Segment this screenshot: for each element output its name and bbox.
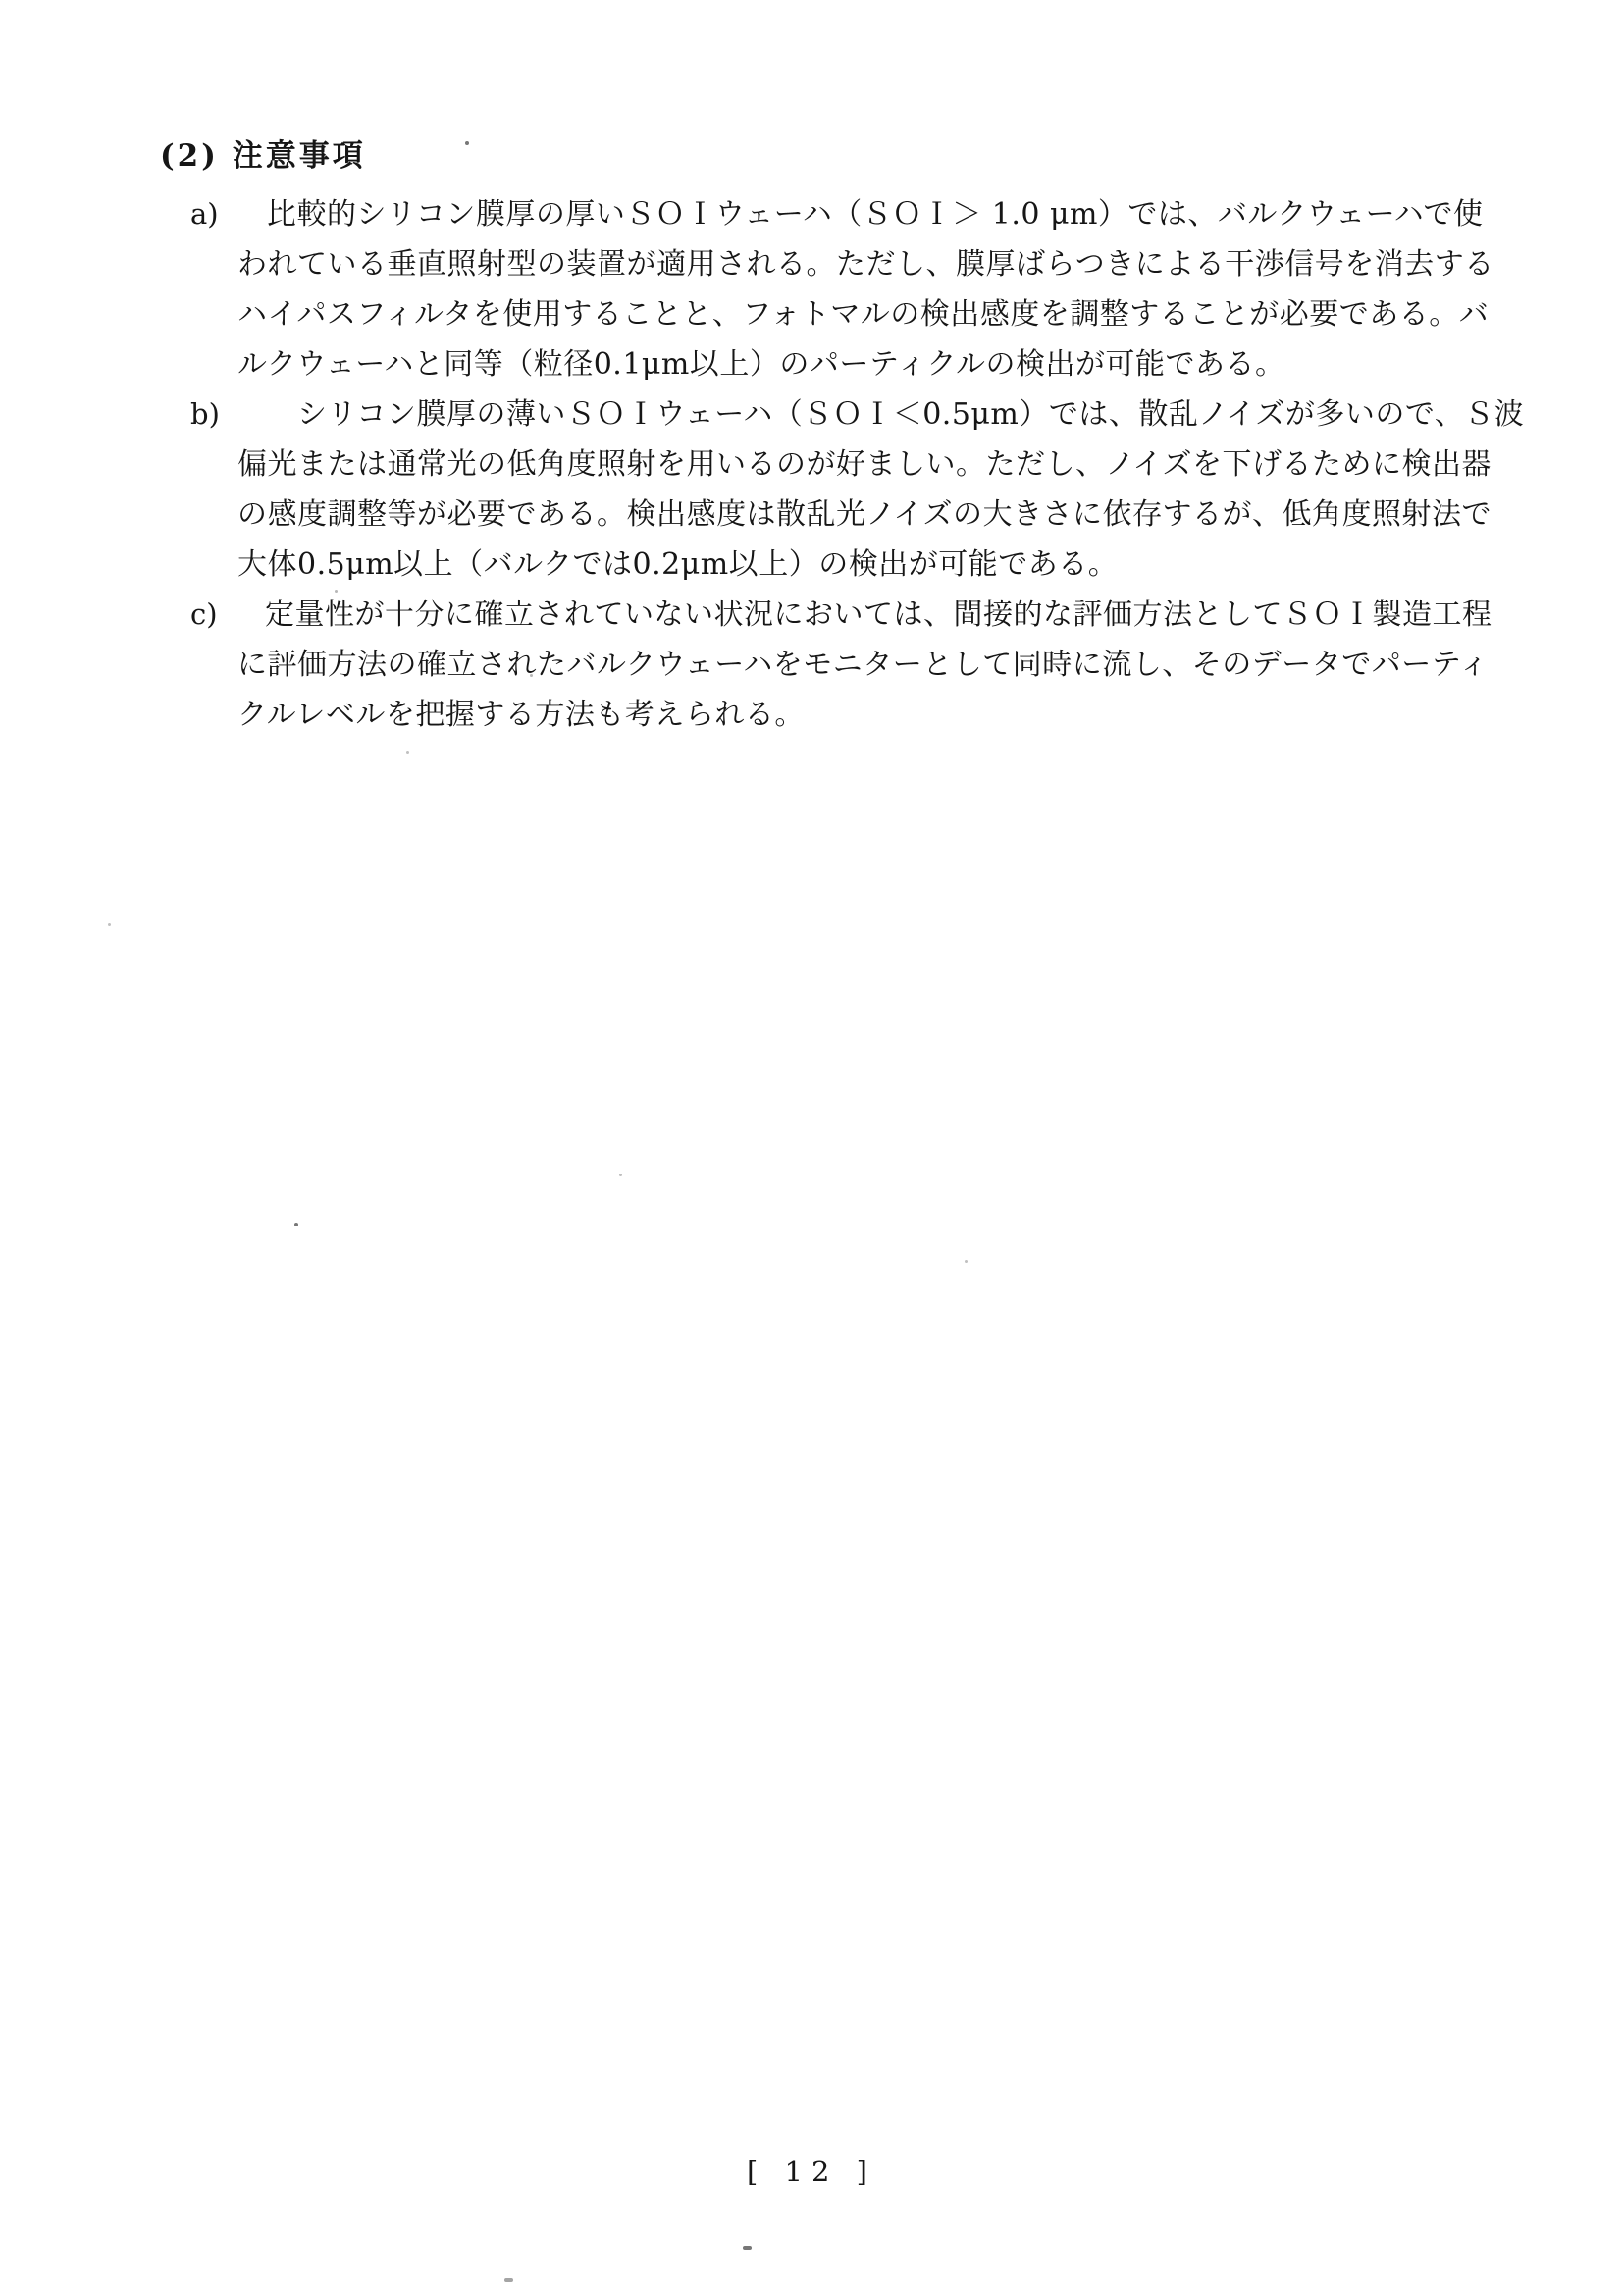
text-line: 定量性が十分に確立されていない状況においては、間接的な評価方法としてＳＯＩ製造工…	[237, 590, 1493, 640]
scan-speck	[294, 1223, 298, 1226]
text-line: に評価方法の確立されたバルクウェーハをモニターとして同時に流し、そのデータでパー…	[237, 640, 1493, 690]
list-item-b: b) シリコン膜厚の薄いＳＯＩウェーハ（ＳＯＩ＜0.5μm）では、散乱ノイズが多…	[237, 390, 1493, 590]
text-line: 大体0.5μm以上（バルクでは0.2μm以上）の検出が可能である。	[237, 540, 1493, 590]
document-page: (2) 注意事項 a) 比較的シリコン膜厚の厚いＳＯＩウェーハ（ＳＯＩ＞ 1.0…	[0, 0, 1623, 2296]
text-line: われている垂直照射型の装置が適用される。ただし、膜厚ばらつきによる干渉信号を消去…	[237, 239, 1493, 289]
scan-speck	[742, 505, 745, 508]
scan-speck	[743, 2246, 752, 2250]
scan-speck	[406, 751, 409, 754]
text-line: シリコン膜厚の薄いＳＯＩウェーハ（ＳＯＩ＜0.5μm）では、散乱ノイズが多いので…	[237, 390, 1493, 440]
text-line: の感度調整等が必要である。検出感度は散乱光ノイズの大きさに依存するが、低角度照射…	[237, 490, 1493, 540]
page-number: [ 12 ]	[0, 2155, 1623, 2188]
scan-speck	[530, 674, 533, 677]
scan-speck	[965, 1260, 968, 1263]
scan-speck	[619, 1174, 622, 1176]
scan-speck	[335, 590, 338, 593]
scan-speck	[108, 923, 111, 926]
text-line: ハイパスフィルタを使用することと、フォトマルの検出感度を調整することが必要である…	[237, 289, 1493, 339]
list-item-a: a) 比較的シリコン膜厚の厚いＳＯＩウェーハ（ＳＯＩ＞ 1.0 μm）では、バル…	[237, 189, 1493, 390]
list-marker-c: c)	[190, 590, 218, 640]
section-heading: (2) 注意事項	[160, 137, 366, 175]
text-line: ルクウェーハと同等（粒径0.1μm以上）のパーティクルの検出が可能である。	[237, 339, 1493, 390]
list-marker-b: b)	[190, 390, 220, 440]
text-line: 偏光または通常光の低角度照射を用いるのが好ましい。ただし、ノイズを下げるために検…	[237, 440, 1493, 490]
text-line: 比較的シリコン膜厚の厚いＳＯＩウェーハ（ＳＯＩ＞ 1.0 μm）では、バルクウェ…	[237, 189, 1493, 239]
list-item-c: c) 定量性が十分に確立されていない状況においては、間接的な評価方法としてＳＯＩ…	[237, 590, 1493, 740]
list-marker-a: a)	[190, 189, 219, 239]
scan-speck	[465, 141, 469, 145]
scan-speck	[504, 2278, 513, 2282]
text-line: クルレベルを把握する方法も考えられる。	[237, 690, 1493, 740]
